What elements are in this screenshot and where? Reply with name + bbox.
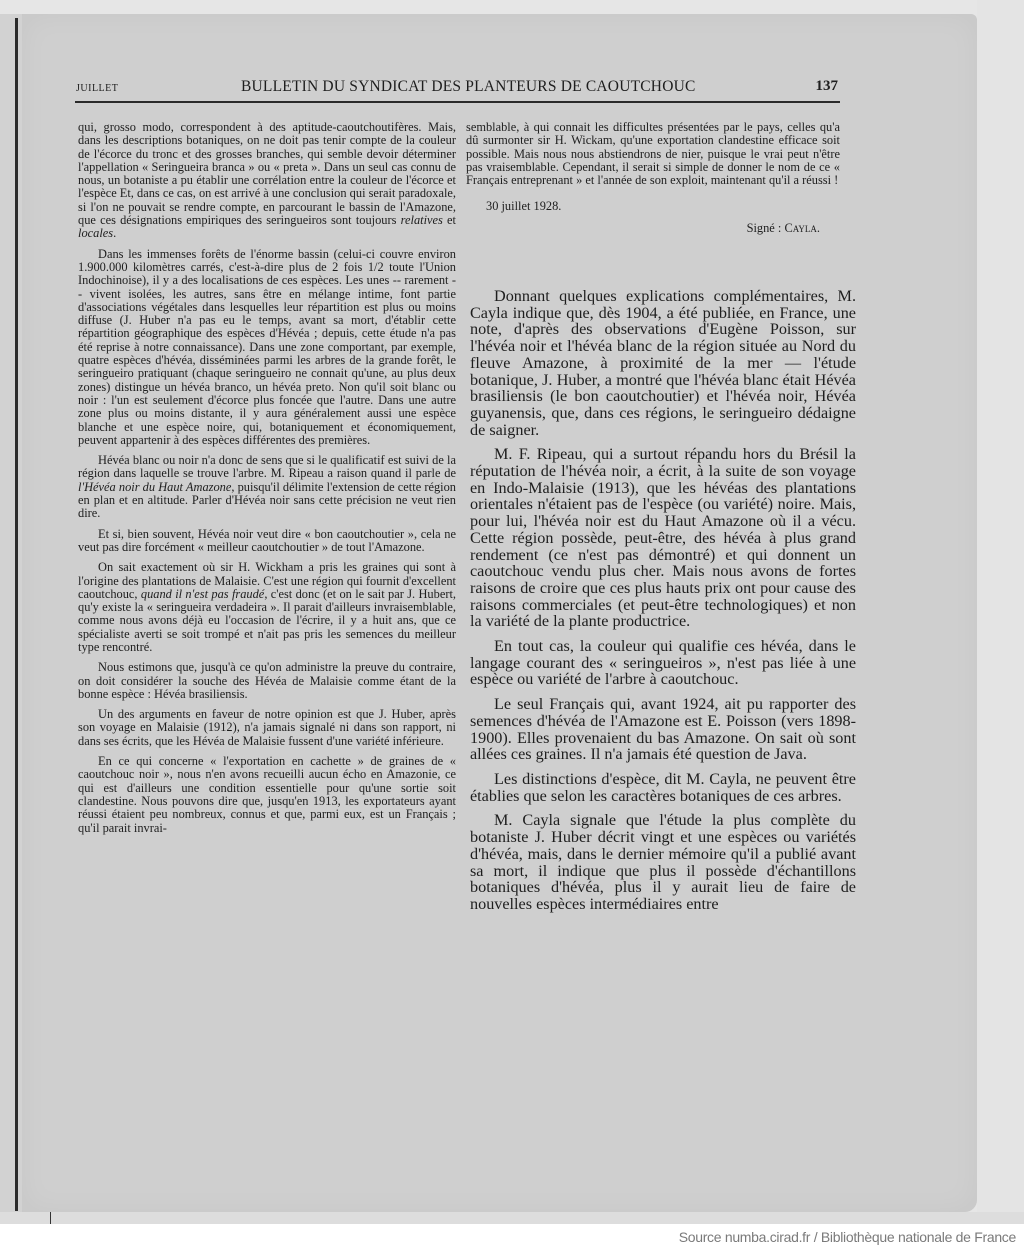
paragraph: Hévéa blanc ou noir n'a donc de sens que… (78, 454, 456, 520)
running-head-month: JUILLET (76, 83, 118, 94)
paragraph: M. F. Ripeau, qui a surtout répandu hors… (470, 446, 856, 630)
paragraph: semblable, à qui connait les difficultes… (466, 121, 840, 187)
running-header: JUILLET BULLETIN DU SYNDICAT DES PLANTEU… (76, 76, 838, 100)
paragraph: Un des arguments en faveur de notre opin… (78, 708, 456, 748)
paragraph: Donnant quelques explications complément… (470, 288, 856, 438)
paragraph: Nous estimons que, jusqu'à ce qu'on admi… (78, 661, 456, 701)
left-column: qui, grosso modo, correspondent à des ap… (78, 121, 456, 835)
letter-signature: Signé : Cayla. (466, 222, 840, 235)
signature-name: Cayla. (784, 221, 820, 235)
binding-line (15, 18, 18, 1211)
signature-label: Signé : (747, 221, 782, 235)
header-rule (75, 101, 840, 103)
right-column: Donnant quelques explications complément… (470, 288, 856, 913)
paragraph: M. Cayla signale que l'étude la plus com… (470, 812, 856, 912)
letter-date: 30 juillet 1928. (466, 200, 840, 213)
running-head-title: BULLETIN DU SYNDICAT DES PLANTEURS DE CA… (241, 78, 696, 96)
bottom-edge (0, 1212, 1024, 1224)
paragraph: On sait exactement où sir H. Wickham a p… (78, 561, 456, 654)
paragraph: En tout cas, la couleur qui qualifie ces… (470, 638, 856, 688)
source-attribution: Source numba.cirad.fr / Bibliothèque nat… (679, 1229, 1016, 1245)
right-margin (977, 0, 1024, 1222)
paragraph: qui, grosso modo, correspondent à des ap… (78, 121, 456, 241)
bottom-edge-mark (50, 1212, 51, 1224)
paragraph: Dans les immenses forêts de l'énorme bas… (78, 248, 456, 447)
right-column-letter: semblable, à qui connait les difficultes… (466, 121, 840, 235)
paragraph: Les distinctions d'espèce, dit M. Cayla,… (470, 771, 856, 804)
paragraph: En ce qui concerne « l'exportation en ca… (78, 755, 456, 835)
paragraph: Le seul Français qui, avant 1924, ait pu… (470, 696, 856, 763)
paragraph: Et si, bien souvent, Hévéa noir veut dir… (78, 528, 456, 555)
page-number: 137 (816, 78, 839, 95)
